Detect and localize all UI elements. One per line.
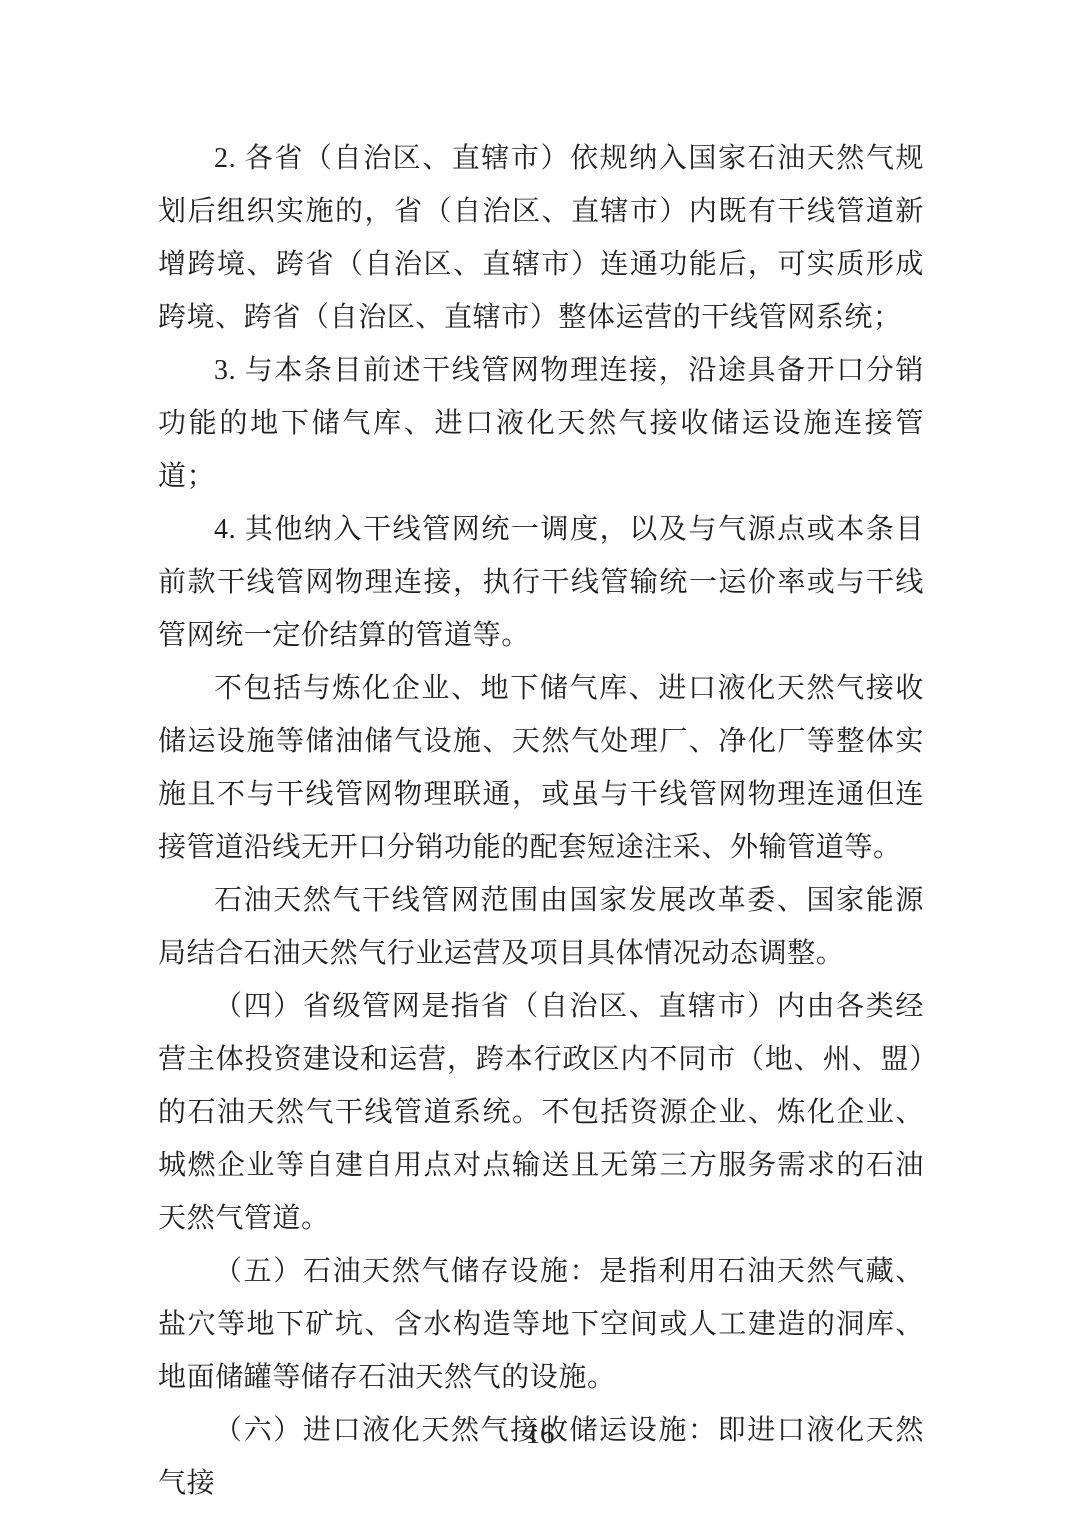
paragraph-item-2: 2. 各省（自治区、直辖市）依规纳入国家石油天然气规划后组织实施的，省（自治区、… (158, 132, 924, 344)
paragraph-provincial-network: （四）省级管网是指省（自治区、直辖市）内由各类经营主体投资建设和运营，跨本行政区… (158, 980, 924, 1245)
paragraph-item-3: 3. 与本条目前述干线管网物理连接，沿途具备开口分销功能的地下储气库、进口液化天… (158, 344, 924, 503)
document-body: 2. 各省（自治区、直辖市）依规纳入国家石油天然气规划后组织实施的，省（自治区、… (158, 132, 924, 1510)
page-number: 16 (0, 1418, 1080, 1451)
document-page: 2. 各省（自治区、直辖市）依规纳入国家石油天然气规划后组织实施的，省（自治区、… (0, 0, 1080, 1527)
paragraph-item-4: 4. 其他纳入干线管网统一调度，以及与气源点或本条目前款干线管网物理连接，执行干… (158, 503, 924, 662)
paragraph-scope-adjustment: 石油天然气干线管网范围由国家发展改革委、国家能源局结合石油天然气行业运营及项目具… (158, 874, 924, 980)
paragraph-storage-facilities: （五）石油天然气储存设施：是指利用石油天然气藏、盐穴等地下矿坑、含水构造等地下空… (158, 1245, 924, 1404)
paragraph-exclusions: 不包括与炼化企业、地下储气库、进口液化天然气接收储运设施等储油储气设施、天然气处… (158, 662, 924, 874)
